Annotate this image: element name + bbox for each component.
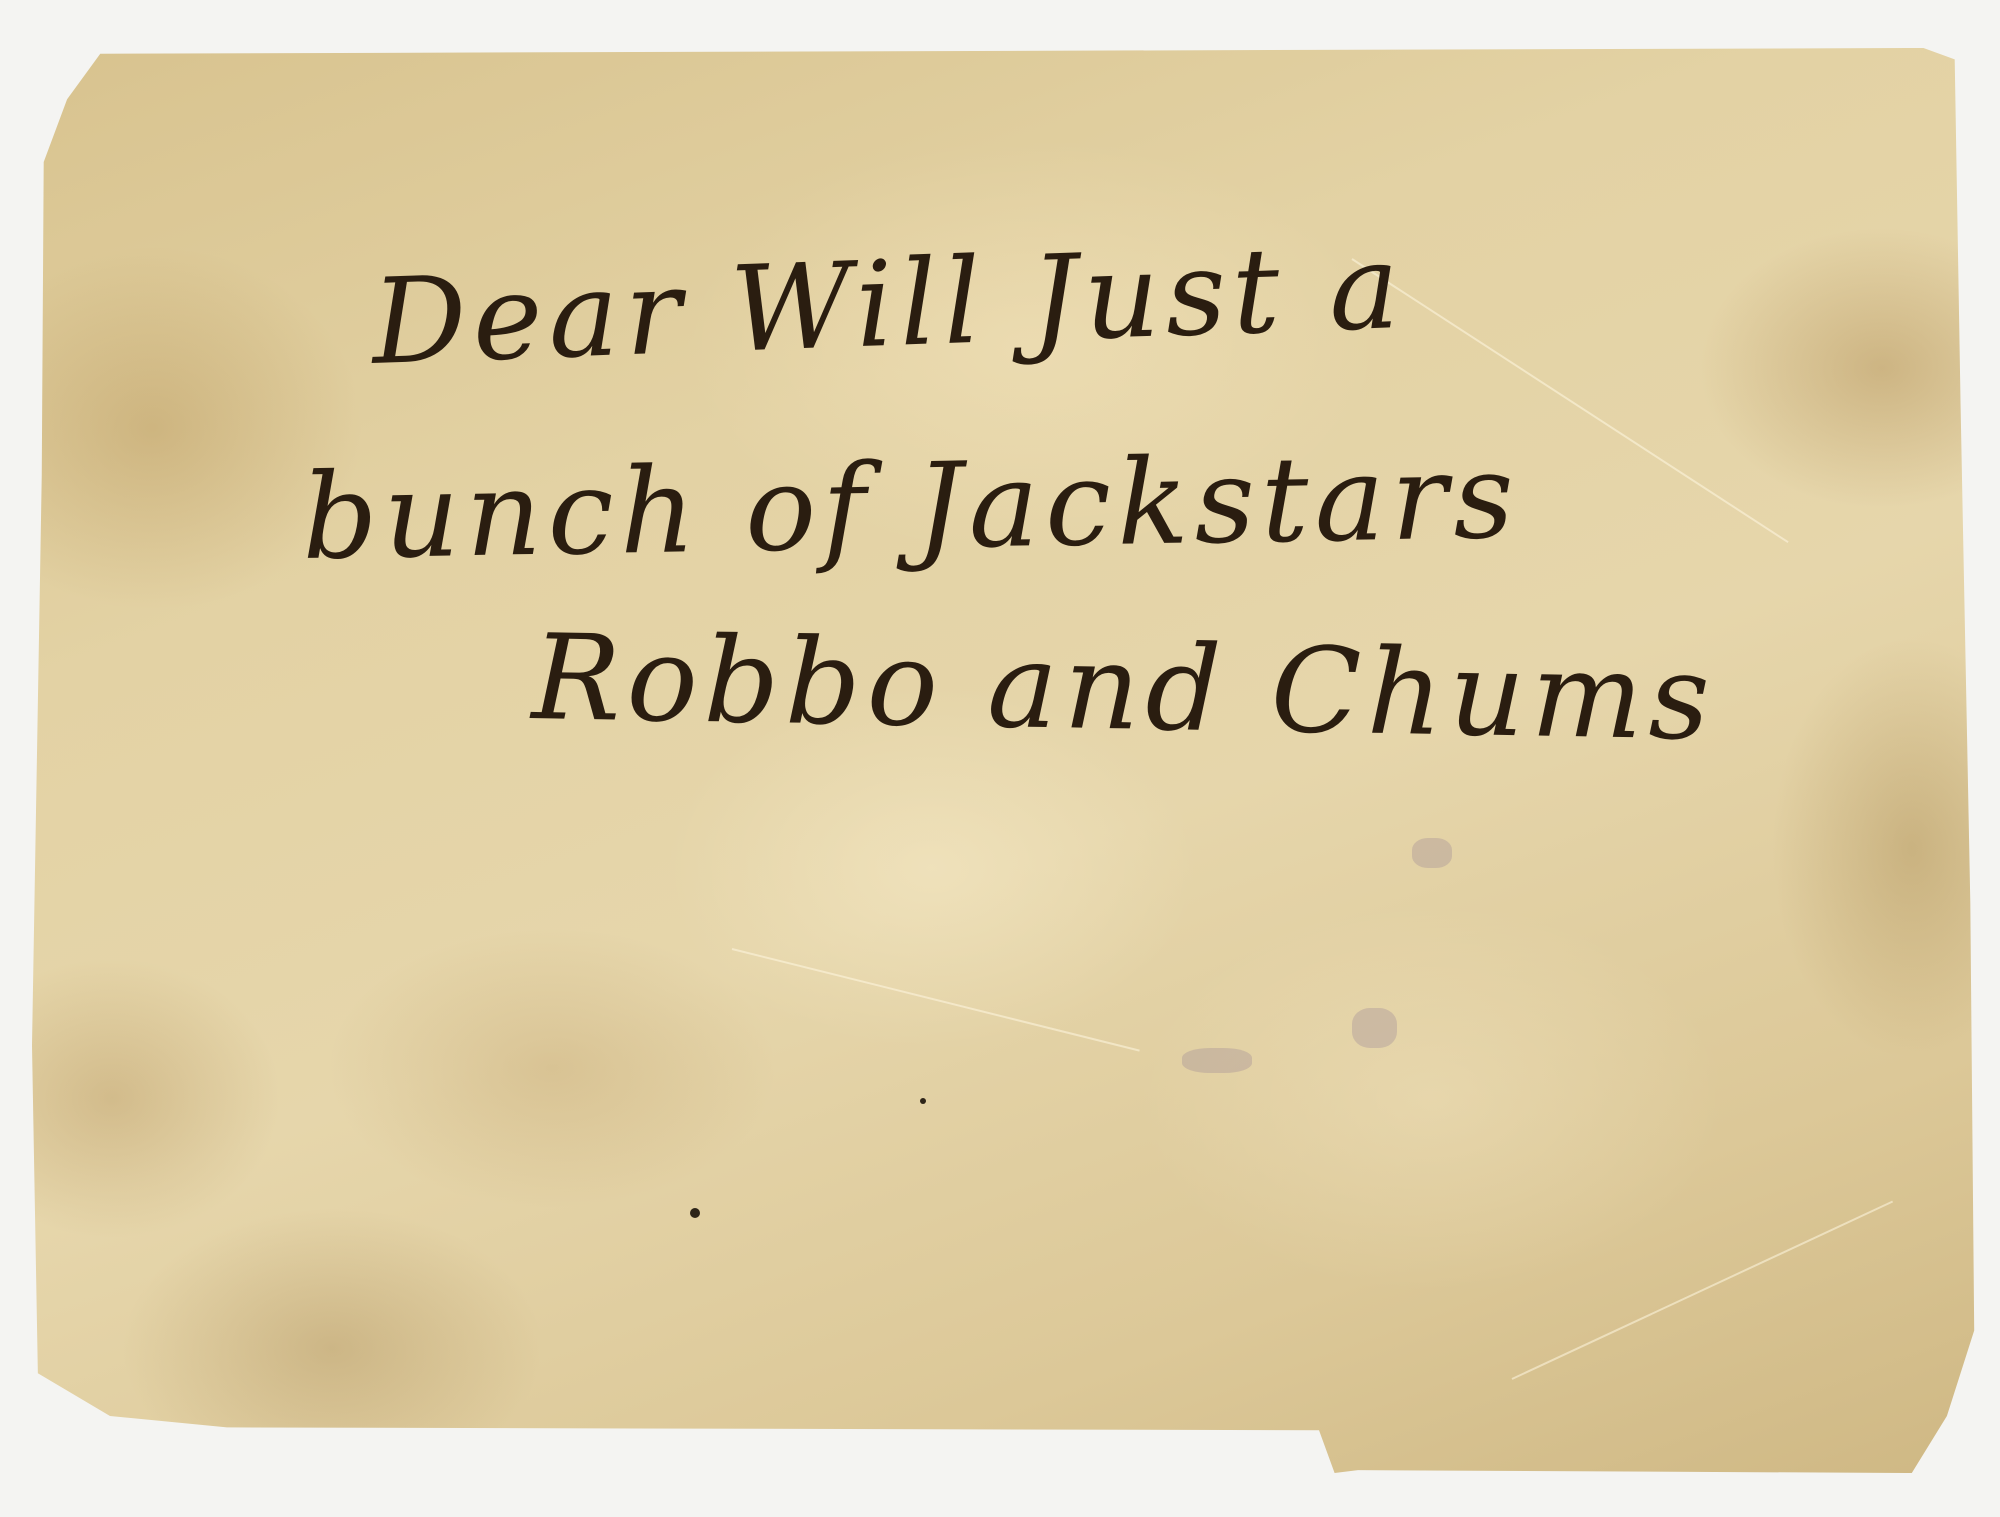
- note-line-2: bunch of Jackstars: [301, 427, 1521, 586]
- aged-paper-card: Dear Will Just a bunch of Jackstars Robb…: [32, 48, 1982, 1473]
- ink-spot: [920, 1098, 926, 1104]
- note-line-1: Dear Will Just a: [370, 217, 1408, 391]
- paper-crease: [1512, 1201, 1893, 1380]
- note-line-3: Robbo and Chums: [531, 608, 1717, 767]
- ink-smudge: [1352, 1008, 1397, 1048]
- paper-crease: [732, 948, 1140, 1052]
- ink-smudge: [1412, 838, 1452, 868]
- ink-smudge: [1182, 1048, 1252, 1073]
- ink-spot: [690, 1208, 700, 1218]
